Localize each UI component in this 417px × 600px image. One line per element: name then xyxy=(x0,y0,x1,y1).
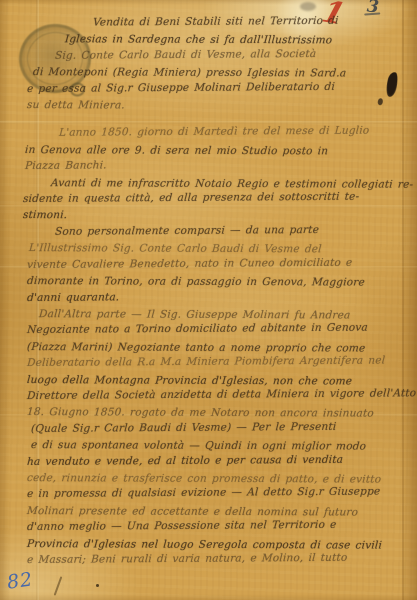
manuscript-line: Negoziante nato a Torino domiciliato ed … xyxy=(20,320,407,339)
manuscript-line: sidente in questa città, ed alla presenz… xyxy=(20,188,407,207)
manuscript-line: e per essa al Sig.r Giuseppe Molinari De… xyxy=(20,78,407,97)
manuscript-line: ha venduto e vende, ed al titolo e per c… xyxy=(20,451,407,470)
manuscript-line: d'anni quaranta. xyxy=(20,287,407,306)
paper-edge-bottom xyxy=(0,594,417,600)
manuscript-line: vivente Cavaliere Benedetto, nato in Cun… xyxy=(20,254,407,273)
manuscript-line: d'anno meglio — Una Possessione sita nel… xyxy=(20,516,407,535)
paper-edge-left xyxy=(0,0,10,600)
manuscript-line: Vendita di Beni Stabili siti nel Territo… xyxy=(20,12,407,31)
manuscript-line: L'anno 1850. giorno di Martedì tre del m… xyxy=(20,123,407,142)
paper-edge-top xyxy=(0,0,417,5)
archive-number-blue: 82 xyxy=(6,568,35,593)
manuscript-line: e in promessa di qualsiasi evizione — Al… xyxy=(20,484,407,503)
manuscript-line: Direttore della Società anzidetta di det… xyxy=(20,385,407,404)
manuscript-line: Deliberatario della R.a M.a Miniera Piom… xyxy=(20,352,407,371)
manuscript-line: e Massari; Beni rurali di varia natura, … xyxy=(20,549,407,568)
manuscript-line: Sig. Conte Carlo Baudi di Vesme, alla So… xyxy=(20,45,407,64)
manuscript-line: Piazza Banchi. xyxy=(20,156,407,175)
scanned-manuscript-page: 1 3 Vendita di Beni Stabili siti nel Ter… xyxy=(0,0,417,600)
stray-pen-stroke xyxy=(54,576,63,595)
manuscript-lines: Vendita di Beni Stabili siti nel Territo… xyxy=(21,15,407,568)
smudge-mark xyxy=(300,2,316,11)
ink-dot xyxy=(96,584,99,587)
manuscript-line: su detta Miniera. xyxy=(20,97,407,115)
manuscript-line: Sono personalmente comparsi — da una par… xyxy=(20,221,407,240)
manuscript-line: (Quale Sig.r Carlo Baudi di Vesme) — Per… xyxy=(20,418,407,437)
